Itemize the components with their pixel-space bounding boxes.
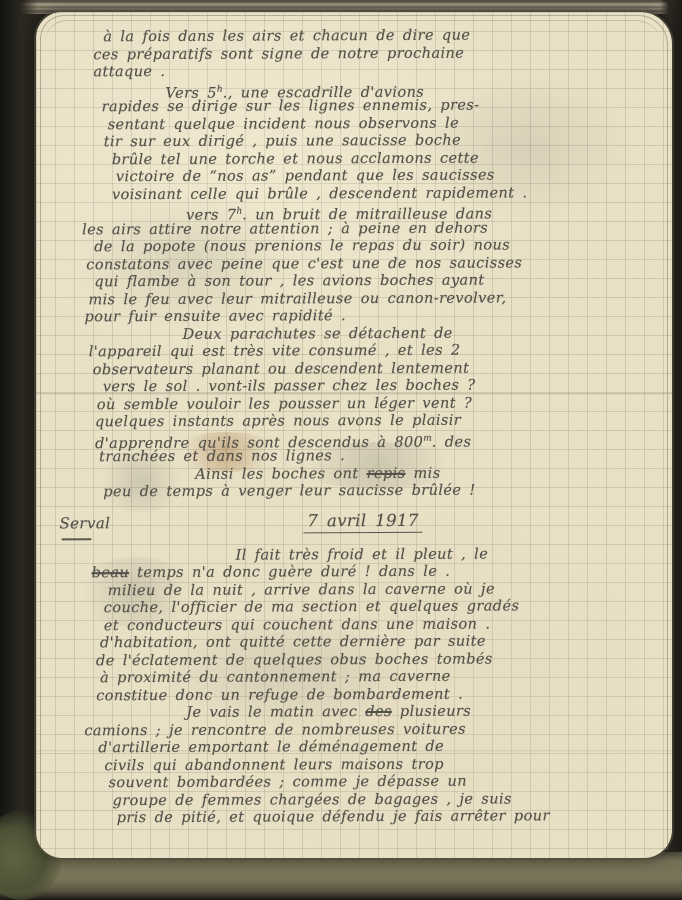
entry-1917-04-07-lines: Il fait très froid et il pleut , lebeau …	[96, 545, 663, 827]
handwritten-line: Vers 5h., une escadrille d'avions	[165, 79, 659, 99]
handwritten-line: Deux parachutes se détachent de	[183, 324, 661, 344]
handwritten-line: Je vais le matin avec des plusieurs	[186, 703, 662, 723]
entry-heading-row: Serval 7 avril 1917	[95, 509, 661, 547]
handwritten-line: peu de temps à venger leur saucisse brûl…	[103, 482, 661, 502]
handwritten-line: vers 7h. un bruit de mitrailleuse dans	[186, 202, 660, 222]
notebook-photo: à la fois dans les airs et chacun de dir…	[0, 0, 682, 900]
entry-date-heading: 7 avril 1917	[303, 510, 422, 533]
diary-text: à la fois dans les airs et chacun de dir…	[93, 27, 662, 828]
handwritten-line: pris de pitié, et quoique défendu je fai…	[117, 808, 663, 828]
dark-left-edge	[0, 0, 38, 900]
margin-place-note: Serval	[59, 514, 110, 532]
handwritten-line: Il fait très froid et il pleut , le	[236, 545, 662, 564]
handwritten-line: Ainsi les boches ont repis mis	[195, 464, 661, 484]
diary-page: à la fois dans les airs et chacun de dir…	[36, 12, 672, 858]
notebook-cover-band	[0, 852, 682, 900]
entry-1917-04-06-lines: à la fois dans les airs et chacun de dir…	[93, 27, 661, 502]
margin-note-underline	[61, 538, 91, 540]
